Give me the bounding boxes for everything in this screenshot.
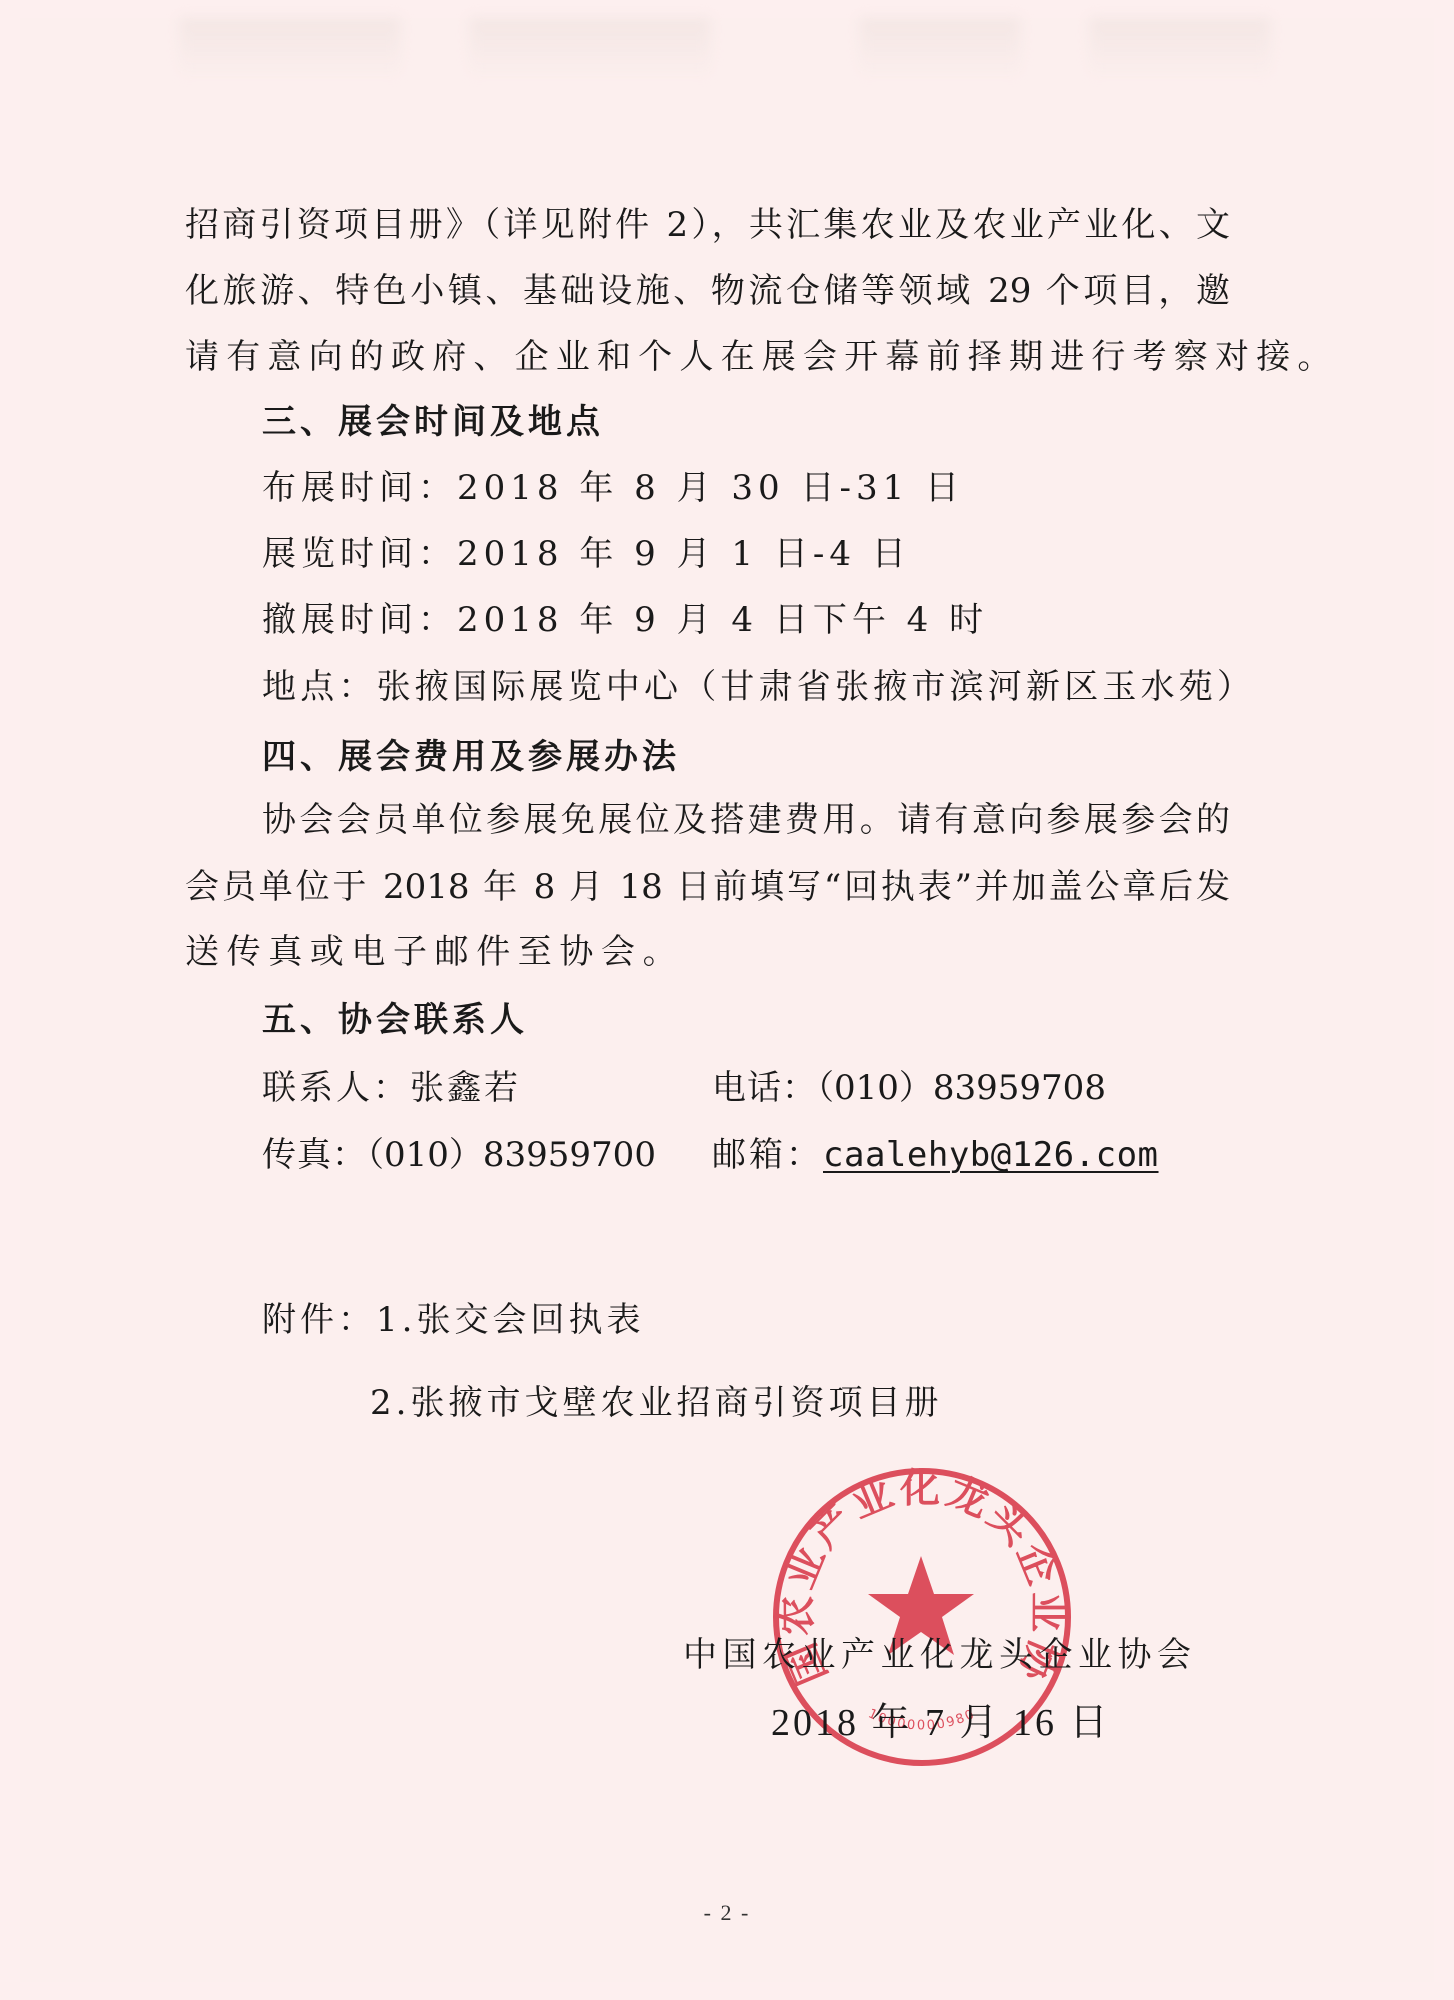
phone-number: （010）83959708 <box>817 1068 1106 1108</box>
teardown-time: 撤展时间：2018 年 9 月 4 日下午 4 时 <box>262 598 988 642</box>
contact-email: 邮箱：caalehyb@126.com <box>712 1133 1159 1177</box>
scan-smudge <box>860 18 1020 78</box>
exhibition-location: 地点：张掖国际展览中心（甘肃省张掖市滨河新区玉水苑） <box>262 665 1255 709</box>
fax-number: （010）83959700 <box>367 1135 656 1175</box>
exhibition-time: 展览时间：2018 年 9 月 1 日-4 日 <box>262 532 911 576</box>
scan-smudge <box>180 18 400 78</box>
email-link[interactable]: caalehyb@126.com <box>823 1135 1159 1175</box>
email-label: 邮箱： <box>712 1135 823 1175</box>
setup-time: 布展时间：2018 年 8 月 30 日-31 日 <box>262 466 964 510</box>
paragraph-line: 请有意向的政府、企业和个人在展会开幕前择期进行考察对接。 <box>185 335 1339 379</box>
attachments-label: 附件： <box>262 1300 376 1340</box>
attachment-item: 2.张掖市戈壁农业招商引资项目册 <box>370 1381 942 1425</box>
attachment-item: 1.张交会回执表 <box>376 1300 644 1340</box>
section-heading-time-location: 三、展会时间及地点 <box>262 400 604 444</box>
signing-date: 2018 年 7 月 16 日 <box>771 1701 1111 1745</box>
paragraph-line: 会员单位于 2018 年 8 月 18 日前填写“回执表”并加盖公章后发 <box>185 865 1230 909</box>
paragraph-line: 招商引资项目册》（详见附件 2），共汇集农业及农业产业化、文 <box>185 203 1230 247</box>
paragraph-line: 送传真或电子邮件至协会。 <box>185 930 684 974</box>
fax-label: 传真： <box>262 1135 367 1175</box>
paragraph-line: 协会会员单位参展免展位及搭建费用。请有意向参展参会的 <box>262 798 1230 842</box>
contact-fax: 传真：（010）83959700 <box>262 1133 656 1177</box>
contact-name: 张鑫若 <box>410 1068 521 1108</box>
signing-organization: 中国农业产业化龙头企业协会 <box>683 1633 1197 1677</box>
paragraph-line: 化旅游、特色小镇、基础设施、物流仓储等领域 29 个项目，邀 <box>185 269 1230 313</box>
scan-smudge <box>470 18 710 78</box>
attachments: 附件：1.张交会回执表 <box>262 1298 644 1342</box>
page-number: - 2 - <box>0 1900 1454 1926</box>
contact-phone: 电话：（010）83959708 <box>712 1066 1106 1110</box>
phone-label: 电话： <box>712 1068 817 1108</box>
section-heading-contact: 五、协会联系人 <box>262 998 528 1042</box>
contact-label: 联系人： <box>262 1068 410 1108</box>
scan-smudge <box>1090 18 1270 78</box>
contact-person: 联系人：张鑫若 <box>262 1066 521 1110</box>
section-heading-fees: 四、展会费用及参展办法 <box>262 735 680 779</box>
